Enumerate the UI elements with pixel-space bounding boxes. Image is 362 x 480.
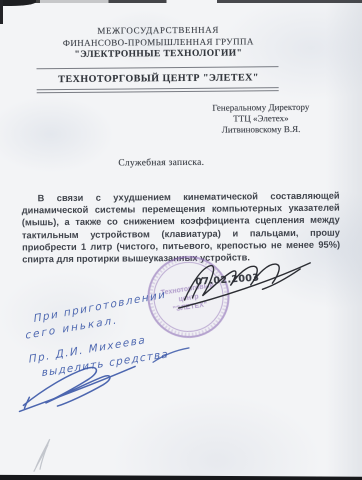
resolution-flourish: [151, 346, 191, 366]
memo-title: Служебная записка.: [0, 157, 323, 170]
trade-center-name: ТЕХНОТОРГОВЫЙ ЦЕНТР "ЭЛЕТЕХ": [7, 72, 311, 86]
addressee-line3: Литвиновскому В.Я.: [195, 124, 327, 136]
letterhead: МЕЖГОСУДАРСТВЕННАЯ ФИНАНСОВО-ПРОМЫШЛЕННА…: [6, 23, 310, 63]
scanned-memo-page: МЕЖГОСУДАРСТВЕННАЯ ФИНАНСОВО-ПРОМЫШЛЕННА…: [0, 0, 362, 480]
document-content: МЕЖГОСУДАРСТВЕННАЯ ФИНАНСОВО-ПРОМЫШЛЕННА…: [0, 0, 362, 480]
scan-edge-left: [0, 0, 3, 24]
scan-edge-top: [0, 0, 362, 3]
resolution-signature: [9, 352, 145, 419]
director-signature: [150, 247, 321, 318]
letterhead-divider: [36, 66, 278, 69]
addressee-line1: Генеральному Директору: [195, 102, 327, 114]
letterhead-double-rule-bottom: [37, 90, 279, 93]
org-name-line3: "ЭЛЕКТРОННЫЕ ТЕХНОЛОГИИ": [6, 47, 310, 63]
addressee-block: Генеральному Директору ТТЦ «Элетех» Литв…: [195, 102, 327, 136]
pencil-scribble: [20, 429, 64, 475]
